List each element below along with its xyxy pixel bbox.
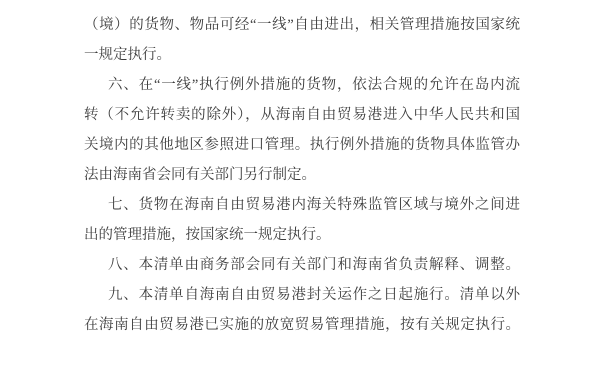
text-line: 法由海南省会同有关部门另行制定。 xyxy=(84,160,520,190)
text-line: 转（不允许转卖的除外），从海南自由贸易港进入中华人民共和国 xyxy=(84,100,520,130)
text-line: 关境内的其他地区参照进口管理。执行例外措施的货物具体监管办 xyxy=(84,130,520,160)
text-line: 出的管理措施，按国家统一规定执行。 xyxy=(84,220,520,250)
text-line: 七、货物在海南自由贸易港内海关特殊监管区域与境外之间进 xyxy=(84,190,520,220)
text-line: 六、在“一线”执行例外措施的货物，依法合规的允许在岛内流 xyxy=(84,70,520,100)
text-line: （境）的货物、物品可经“一线”自由进出，相关管理措施按国家统 xyxy=(84,10,520,40)
text-line: 在海南自由贸易港已实施的放宽贸易管理措施，按有关规定执行。 xyxy=(84,310,520,340)
text-line: 一规定执行。 xyxy=(84,40,520,70)
document-page: （境）的货物、物品可经“一线”自由进出，相关管理措施按国家统一规定执行。六、在“… xyxy=(0,0,600,368)
text-line: 八、本清单由商务部会同有关部门和海南省负责解释、调整。 xyxy=(84,250,520,280)
text-column: （境）的货物、物品可经“一线”自由进出，相关管理措施按国家统一规定执行。六、在“… xyxy=(84,10,520,340)
text-line: 九、本清单自海南自由贸易港封关运作之日起施行。清单以外 xyxy=(84,280,520,310)
